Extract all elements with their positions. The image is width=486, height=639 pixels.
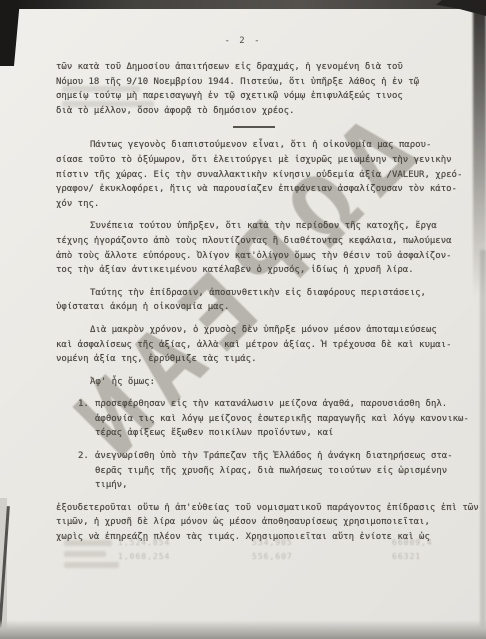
bleed-through-line xyxy=(64,540,112,546)
bleed-through-line xyxy=(64,562,119,568)
text-line: σημείῳ τούτῳ μὴ παρεισαγωγὴ ἐν τῷ σχετικ… xyxy=(56,89,451,104)
paragraph: τῶν κατὰ τοῦ Δημοσίου ἀπαιτήσεων εἰς δρα… xyxy=(56,60,451,118)
text-line: τέχνης ἠγοράζοντο ἀπὸ τοὺς πλουτίζοντας … xyxy=(56,234,451,249)
list-item: 2. ἀνεγνωρίσθη ὑπὸ τὴν Τράπεζαν τῆς Ἑλλά… xyxy=(56,449,451,493)
text-line: τῶν κατὰ τοῦ Δημοσίου ἀπαιτήσεων εἰς δρα… xyxy=(56,60,451,75)
text-line: τιμῶν, ἡ χρυσῆ δὲ λίρα μόνον ὡς μέσον ἀπ… xyxy=(56,515,451,530)
bleed-through-number: 556,607 xyxy=(252,552,293,561)
scan-edge-top xyxy=(0,0,486,9)
bleed-through-number: 1,524,854 xyxy=(118,538,170,547)
text-line: γραφον/ ἐκυκλοφόρει, ἥτις νὰ παρουσίαζεν… xyxy=(56,182,451,197)
list-item: 1. προσεφέρθησαν εἰς τὴν κατανάλωσιν μεί… xyxy=(56,397,451,441)
text-line: Πάντως γεγονὸς διαπιστούμενον εἶναι, ὅτι… xyxy=(56,138,451,153)
text-line: ὑφίσταται ἀκόμη ἡ οἰκονομία μας. xyxy=(56,300,451,315)
text-line: ἀφθονία τις καὶ λόγῳ μείζονος ἐσωτερικῆς… xyxy=(95,412,469,427)
list-item-number: 2. xyxy=(78,449,95,493)
bleed-through-number: 554,905 xyxy=(252,538,293,547)
text-line: καὶ ἀσφαλίσεως τῆς ἀξίας, ἀλλὰ καὶ μέτρο… xyxy=(56,338,451,353)
paragraph: Συνέπεια τούτου ὑπῆρξεν, ὅτι κατὰ τὴν πε… xyxy=(56,219,451,277)
text-line: προσεφέρθησαν εἰς τὴν κατανάλωσιν μείζον… xyxy=(95,397,469,412)
bleed-through-number: 66009,4 xyxy=(392,538,433,547)
text-line: χόν της. xyxy=(56,197,451,212)
text-line: ἐξουδετεροῦται οὕτω ἡ ἀπ'εὐθείας τοῦ νομ… xyxy=(56,501,451,516)
text-line: Διὰ μακρὸν χρόνον, ὁ χρυσὸς δὲν ὑπῆρξε μ… xyxy=(56,323,451,338)
text-line: Νόμου 18 τῆς 9/10 Νοεμβρίου 1944. Πιστεύ… xyxy=(56,75,451,90)
list-item-number: 1. xyxy=(78,397,95,441)
text-line: τιμήν, xyxy=(95,478,453,493)
document-body: τῶν κατὰ τοῦ Δημοσίου ἀπαιτήσεων εἰς δρα… xyxy=(56,60,451,553)
paragraph: Πάντως γεγονὸς διαπιστούμενον εἶναι, ὅτι… xyxy=(56,138,451,211)
text-line: τέρας ἀφίξεως ἔξωθεν ποικίλων προϊόντων,… xyxy=(95,426,469,441)
text-line: Συνέπεια τούτου ὑπῆρξεν, ὅτι κατὰ τὴν πε… xyxy=(56,219,451,234)
paragraph: Ταύτης τὴν ἐπίδρασιν, ἀποσυνθετικὴν εἰς … xyxy=(56,286,451,315)
bleed-through-number: 66321 xyxy=(392,552,421,561)
text-line: διὰ τὸ μέλλον, ὅσον ἀφορᾷ τὸ δημόσιον χρ… xyxy=(56,104,451,119)
text-line: νομένη ἀξία της, ἐρρύθμιζε τὰς τιμάς. xyxy=(56,352,451,367)
text-line: Ταύτης τὴν ἐπίδρασιν, ἀποσυνθετικὴν εἰς … xyxy=(56,286,451,301)
text-line: τος τὴν ἀξίαν ἀντικειμένου κατέλαβεν ὁ χ… xyxy=(56,263,451,278)
scanned-document-page: ΔΩΡΕΑΝ - 2 - τῶν κατὰ τοῦ Δημοσίου ἀπαιτ… xyxy=(0,0,486,639)
text-line: σίασε τοῦτο τὸ ὀξύμωρον, ὅτι ἐλειτούργει… xyxy=(56,153,451,168)
section-divider xyxy=(233,126,275,128)
scan-corner-top-left xyxy=(0,0,20,66)
text-line: ἀνεγνωρίσθη ὑπὸ τὴν Τράπεζαν τῆς Ἑλλάδος… xyxy=(95,449,453,464)
paragraph: Διὰ μακρὸν χρόνον, ὁ χρυσὸς δὲν ὑπῆρξε μ… xyxy=(56,323,451,367)
text-line: θερᾶς τιμῆς τῆς χρυσῆς λίρας, διὰ πωλήσε… xyxy=(95,464,453,479)
bleed-through-line xyxy=(64,551,106,557)
bleed-through-number: 1,068,254 xyxy=(118,552,170,561)
text-line: πίστιν τῆς χώρας. Εἰς τὴν συναλλακτικὴν … xyxy=(56,168,451,183)
text-line: ἀπὸ τοὺς ἄλλοτε εὐπόρους. Ὀλίγον κατ'ὀλί… xyxy=(56,249,451,264)
scan-edge-bottom xyxy=(0,620,486,639)
section-heading: Ἀφ' ἧς ὅμως: xyxy=(90,375,451,390)
page-number: - 2 - xyxy=(0,36,486,46)
scan-edge-right-lower xyxy=(480,250,486,630)
